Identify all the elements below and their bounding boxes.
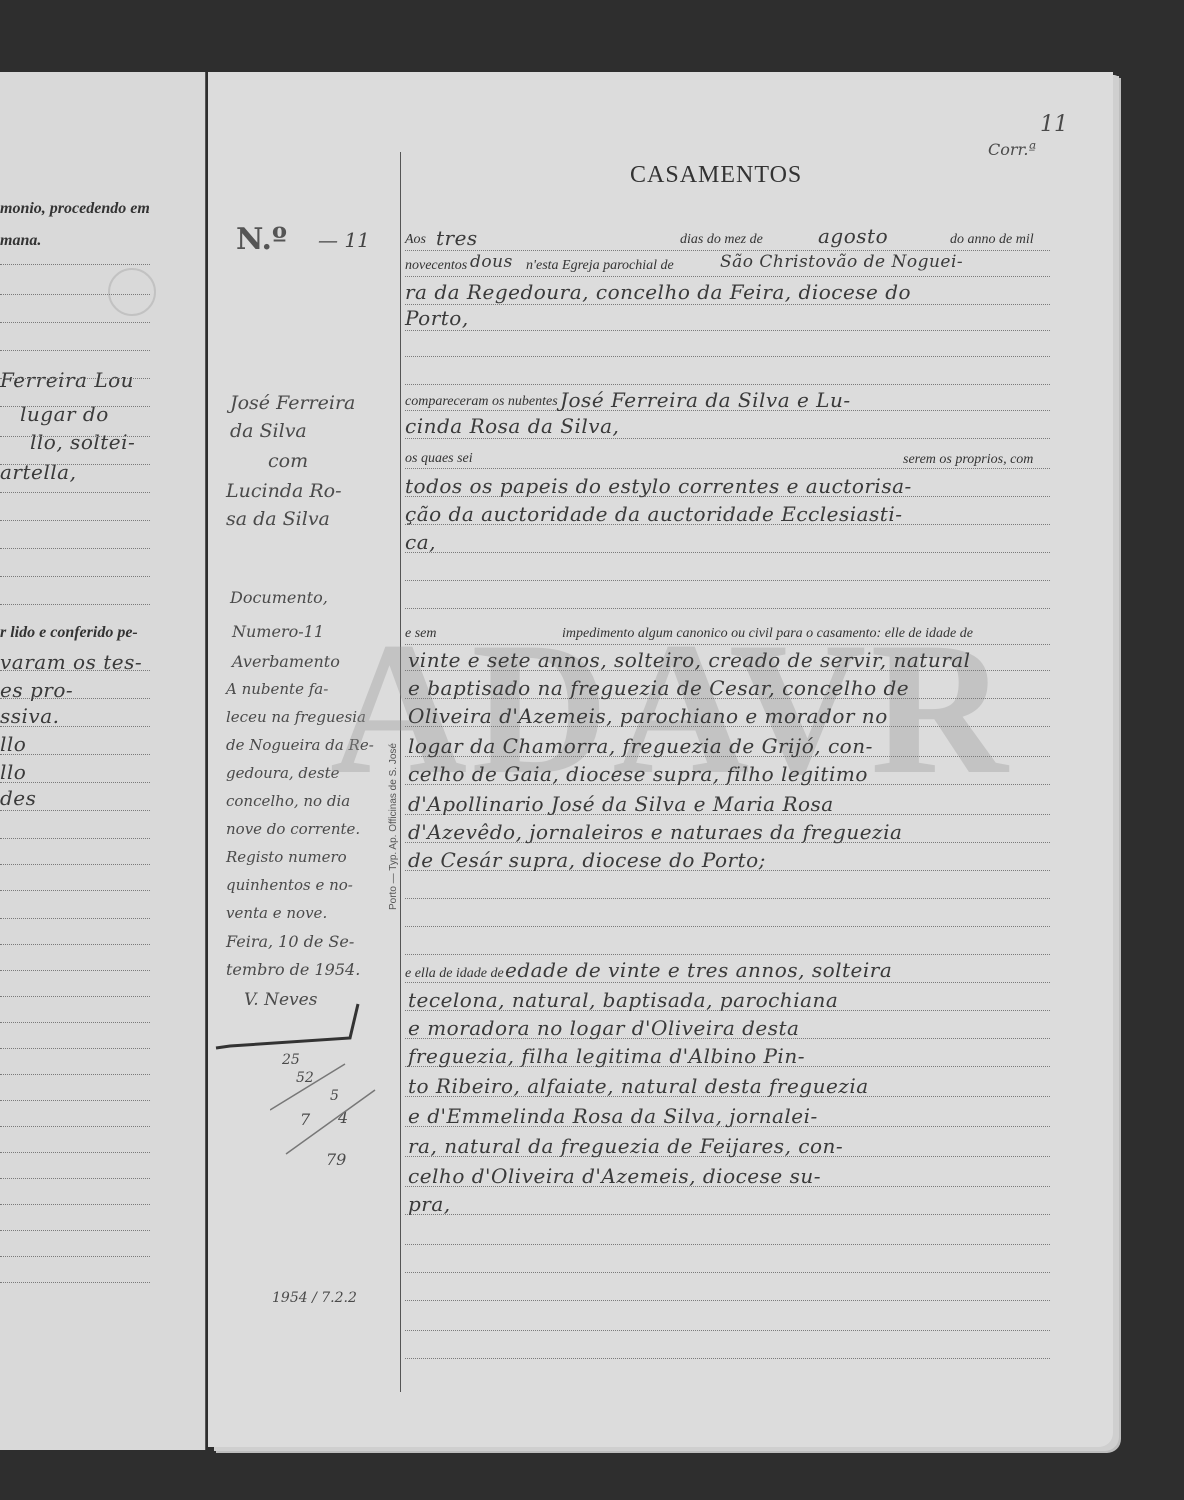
handwritten-line: tecelona, natural, baptisada, parochiana — [408, 988, 838, 1012]
tally-strokes — [270, 1060, 390, 1180]
printed-text: n'esta Egreja parochial de — [526, 258, 674, 274]
left-printed-line-3: r lido e conferido pe- — [0, 624, 138, 642]
year-handwritten: dous — [470, 252, 513, 272]
handwritten-line: e d'Emmelinda Rosa da Silva, jornalei- — [408, 1104, 818, 1128]
handwritten-line: pra, — [408, 1192, 451, 1216]
printed-text: serem os proprios, com — [903, 452, 1033, 468]
handwritten-line: ca, — [405, 530, 436, 554]
printed-text: Aos — [405, 232, 426, 248]
entry-number: — 11 — [318, 228, 370, 252]
left-hand-3: llo, soltei- — [30, 430, 135, 454]
left-hand-1: Ferreira Lou — [0, 368, 134, 392]
printed-text: os quaes sei — [405, 451, 473, 467]
corner-note: Corr.ª — [988, 140, 1036, 159]
handwritten-line: freguezia, filha legitima d'Albino Pin- — [408, 1044, 805, 1068]
annotation-line: Registo numero — [226, 848, 347, 866]
groom-name-2: da Silva — [230, 420, 307, 442]
left-page: monio, procedendo em mana. r lido e conf… — [0, 72, 206, 1450]
annotation-line: Numero-11 — [232, 622, 324, 641]
bride-name-1: Lucinda Ro- — [226, 480, 342, 502]
handwritten-line: to Ribeiro, alfaiate, natural desta freg… — [408, 1074, 869, 1098]
page-title: CASAMENTOS — [630, 162, 802, 189]
printed-text: do anno de mil — [950, 232, 1034, 248]
handwritten-line: celho d'Oliveira d'Azemeis, diocese su- — [408, 1164, 821, 1188]
printed-text: compareceram os nubentes — [405, 394, 558, 410]
annotation-line: venta e nove. — [226, 904, 327, 922]
parish-handwritten: São Christovão de Noguei- — [720, 252, 963, 272]
handwritten-line: Oliveira d'Azemeis, parochiano e morador… — [408, 704, 888, 728]
annotation-line: gedoura, deste — [226, 764, 340, 782]
faint-stamp — [108, 268, 156, 316]
printed-text: impedimento algum canonico ou civil para… — [562, 626, 973, 642]
handwritten-line: d'Azevêdo, jornaleiros e naturaes da fre… — [408, 820, 902, 844]
page-number: 11 — [1040, 112, 1068, 137]
bottom-margin-note: 1954 / 7.2.2 — [272, 1290, 357, 1306]
handwritten-line: e baptisado na freguezia de Cesar, conce… — [408, 676, 909, 700]
spouses-handwritten: José Ferreira da Silva e Lu- — [560, 388, 851, 412]
bride-age-handwritten: edade de vinte e tres annos, solteira — [505, 958, 892, 982]
annotation-line: quinhentos e no- — [226, 876, 353, 894]
handwritten-line: ra, natural da freguezia de Feijares, co… — [408, 1134, 843, 1158]
with-word: com — [268, 450, 308, 472]
handwritten-line: logar da Chamorra, freguezia de Grijó, c… — [408, 734, 873, 758]
handwritten-line: ra da Regedoura, concelho da Feira, dioc… — [405, 280, 911, 304]
handwritten-line: de Cesár supra, diocese do Porto; — [408, 848, 766, 872]
handwritten-line: cinda Rosa da Silva, — [405, 414, 619, 438]
annotation-line: Documento, — [230, 588, 328, 607]
annotation-line: nove do corrente. — [226, 820, 360, 838]
month-handwritten: agosto — [818, 224, 888, 248]
printed-text: novecentos — [405, 258, 467, 274]
signature-flourish — [210, 1000, 370, 1060]
handwritten-line: e moradora no logar d'Oliveira desta — [408, 1016, 799, 1040]
printed-text: e sem — [405, 626, 437, 642]
handwritten-line: Porto, — [405, 306, 469, 330]
left-printed-line-1: monio, procedendo em — [0, 200, 150, 218]
printed-text: dias do mez de — [680, 232, 763, 248]
left-hand-10: des — [0, 786, 36, 810]
entry-number-label: N.º — [236, 222, 287, 257]
handwritten-line: celho de Gaia, diocese supra, filho legi… — [408, 762, 868, 786]
annotation-line: tembro de 1954. — [226, 960, 360, 979]
printed-text: e ella de idade de — [405, 966, 504, 982]
groom-name-1: José Ferreira — [230, 392, 355, 414]
handwritten-line: d'Apollinario José da Silva e Maria Rosa — [408, 792, 834, 816]
left-printed-line-2: mana. — [0, 232, 41, 250]
left-hand-7: ssiva. — [0, 704, 60, 728]
handwritten-line: vinte e sete annos, solteiro, creado de … — [408, 648, 971, 672]
annotation-line: Averbamento — [232, 652, 340, 671]
day-handwritten: tres — [436, 226, 478, 250]
annotation-line: Feira, 10 de Se- — [226, 932, 354, 951]
handwritten-line: todos os papeis do estylo correntes e au… — [405, 474, 912, 498]
annotation-line: A nubente fa- — [226, 680, 328, 698]
left-hand-8: llo — [0, 732, 26, 756]
left-hand-9: llo — [0, 760, 26, 784]
handwritten-line: ção da auctoridade da auctoridade Eccles… — [405, 502, 903, 526]
bride-name-2: sa da Silva — [226, 508, 330, 530]
